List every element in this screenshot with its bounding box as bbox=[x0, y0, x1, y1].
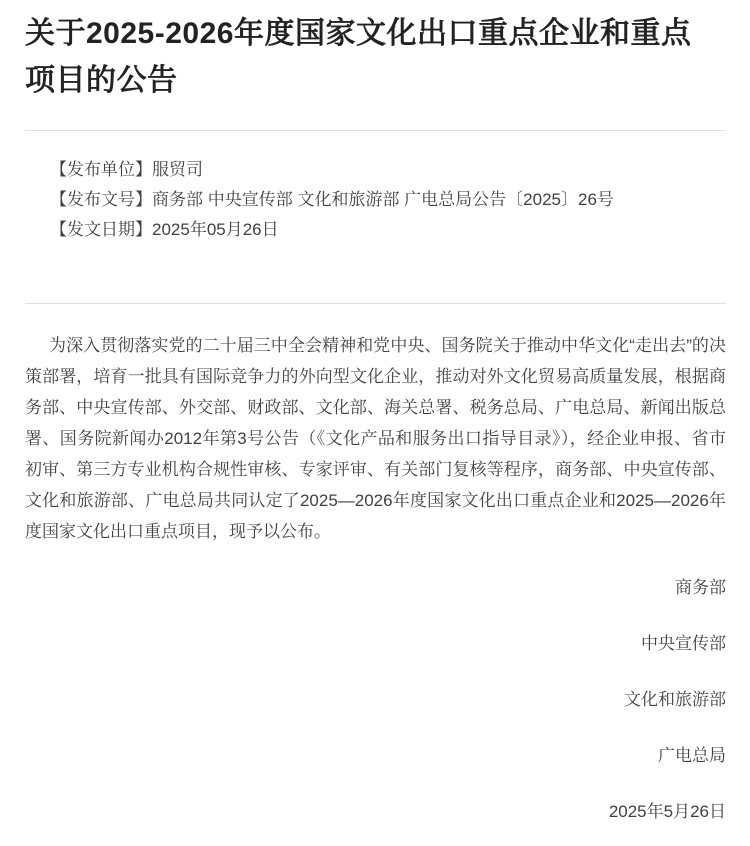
announcement-page: 关于2025-2026年度国家文化出口重点企业和重点项目的公告 【发布单位】服贸… bbox=[0, 0, 750, 846]
meta-label: 【发布单位】 bbox=[50, 160, 152, 179]
title-divider bbox=[25, 130, 726, 131]
meta-value: 2025年05月26日 bbox=[152, 220, 279, 239]
meta-label: 【发文日期】 bbox=[50, 220, 152, 239]
meta-label: 【发布文号】 bbox=[50, 190, 152, 209]
meta-line-document-number: 【发布文号】商务部 中央宣传部 文化和旅游部 广电总局公告〔2025〕26号 bbox=[50, 185, 726, 215]
meta-value: 服贸司 bbox=[152, 160, 203, 179]
signature-date: 2025年5月26日 bbox=[25, 796, 726, 827]
meta-block: 【发布单位】服贸司 【发布文号】商务部 中央宣传部 文化和旅游部 广电总局公告〔… bbox=[25, 155, 726, 245]
meta-value: 商务部 中央宣传部 文化和旅游部 广电总局公告〔2025〕26号 bbox=[152, 190, 614, 209]
meta-divider bbox=[25, 303, 726, 304]
signature-publicity-dept: 中央宣传部 bbox=[25, 628, 726, 659]
signature-mofcom: 商务部 bbox=[25, 572, 726, 603]
page-title: 关于2025-2026年度国家文化出口重点企业和重点项目的公告 bbox=[25, 10, 712, 104]
announcement-body: 为深入贯彻落实党的二十届三中全会精神和党中央、国务院关于推动中华文化“走出去”的… bbox=[25, 330, 726, 547]
meta-line-issuing-unit: 【发布单位】服贸司 bbox=[50, 155, 726, 185]
signature-radio-tv: 广电总局 bbox=[25, 740, 726, 771]
meta-line-issue-date: 【发文日期】2025年05月26日 bbox=[50, 215, 726, 245]
signature-culture-tourism: 文化和旅游部 bbox=[25, 684, 726, 715]
